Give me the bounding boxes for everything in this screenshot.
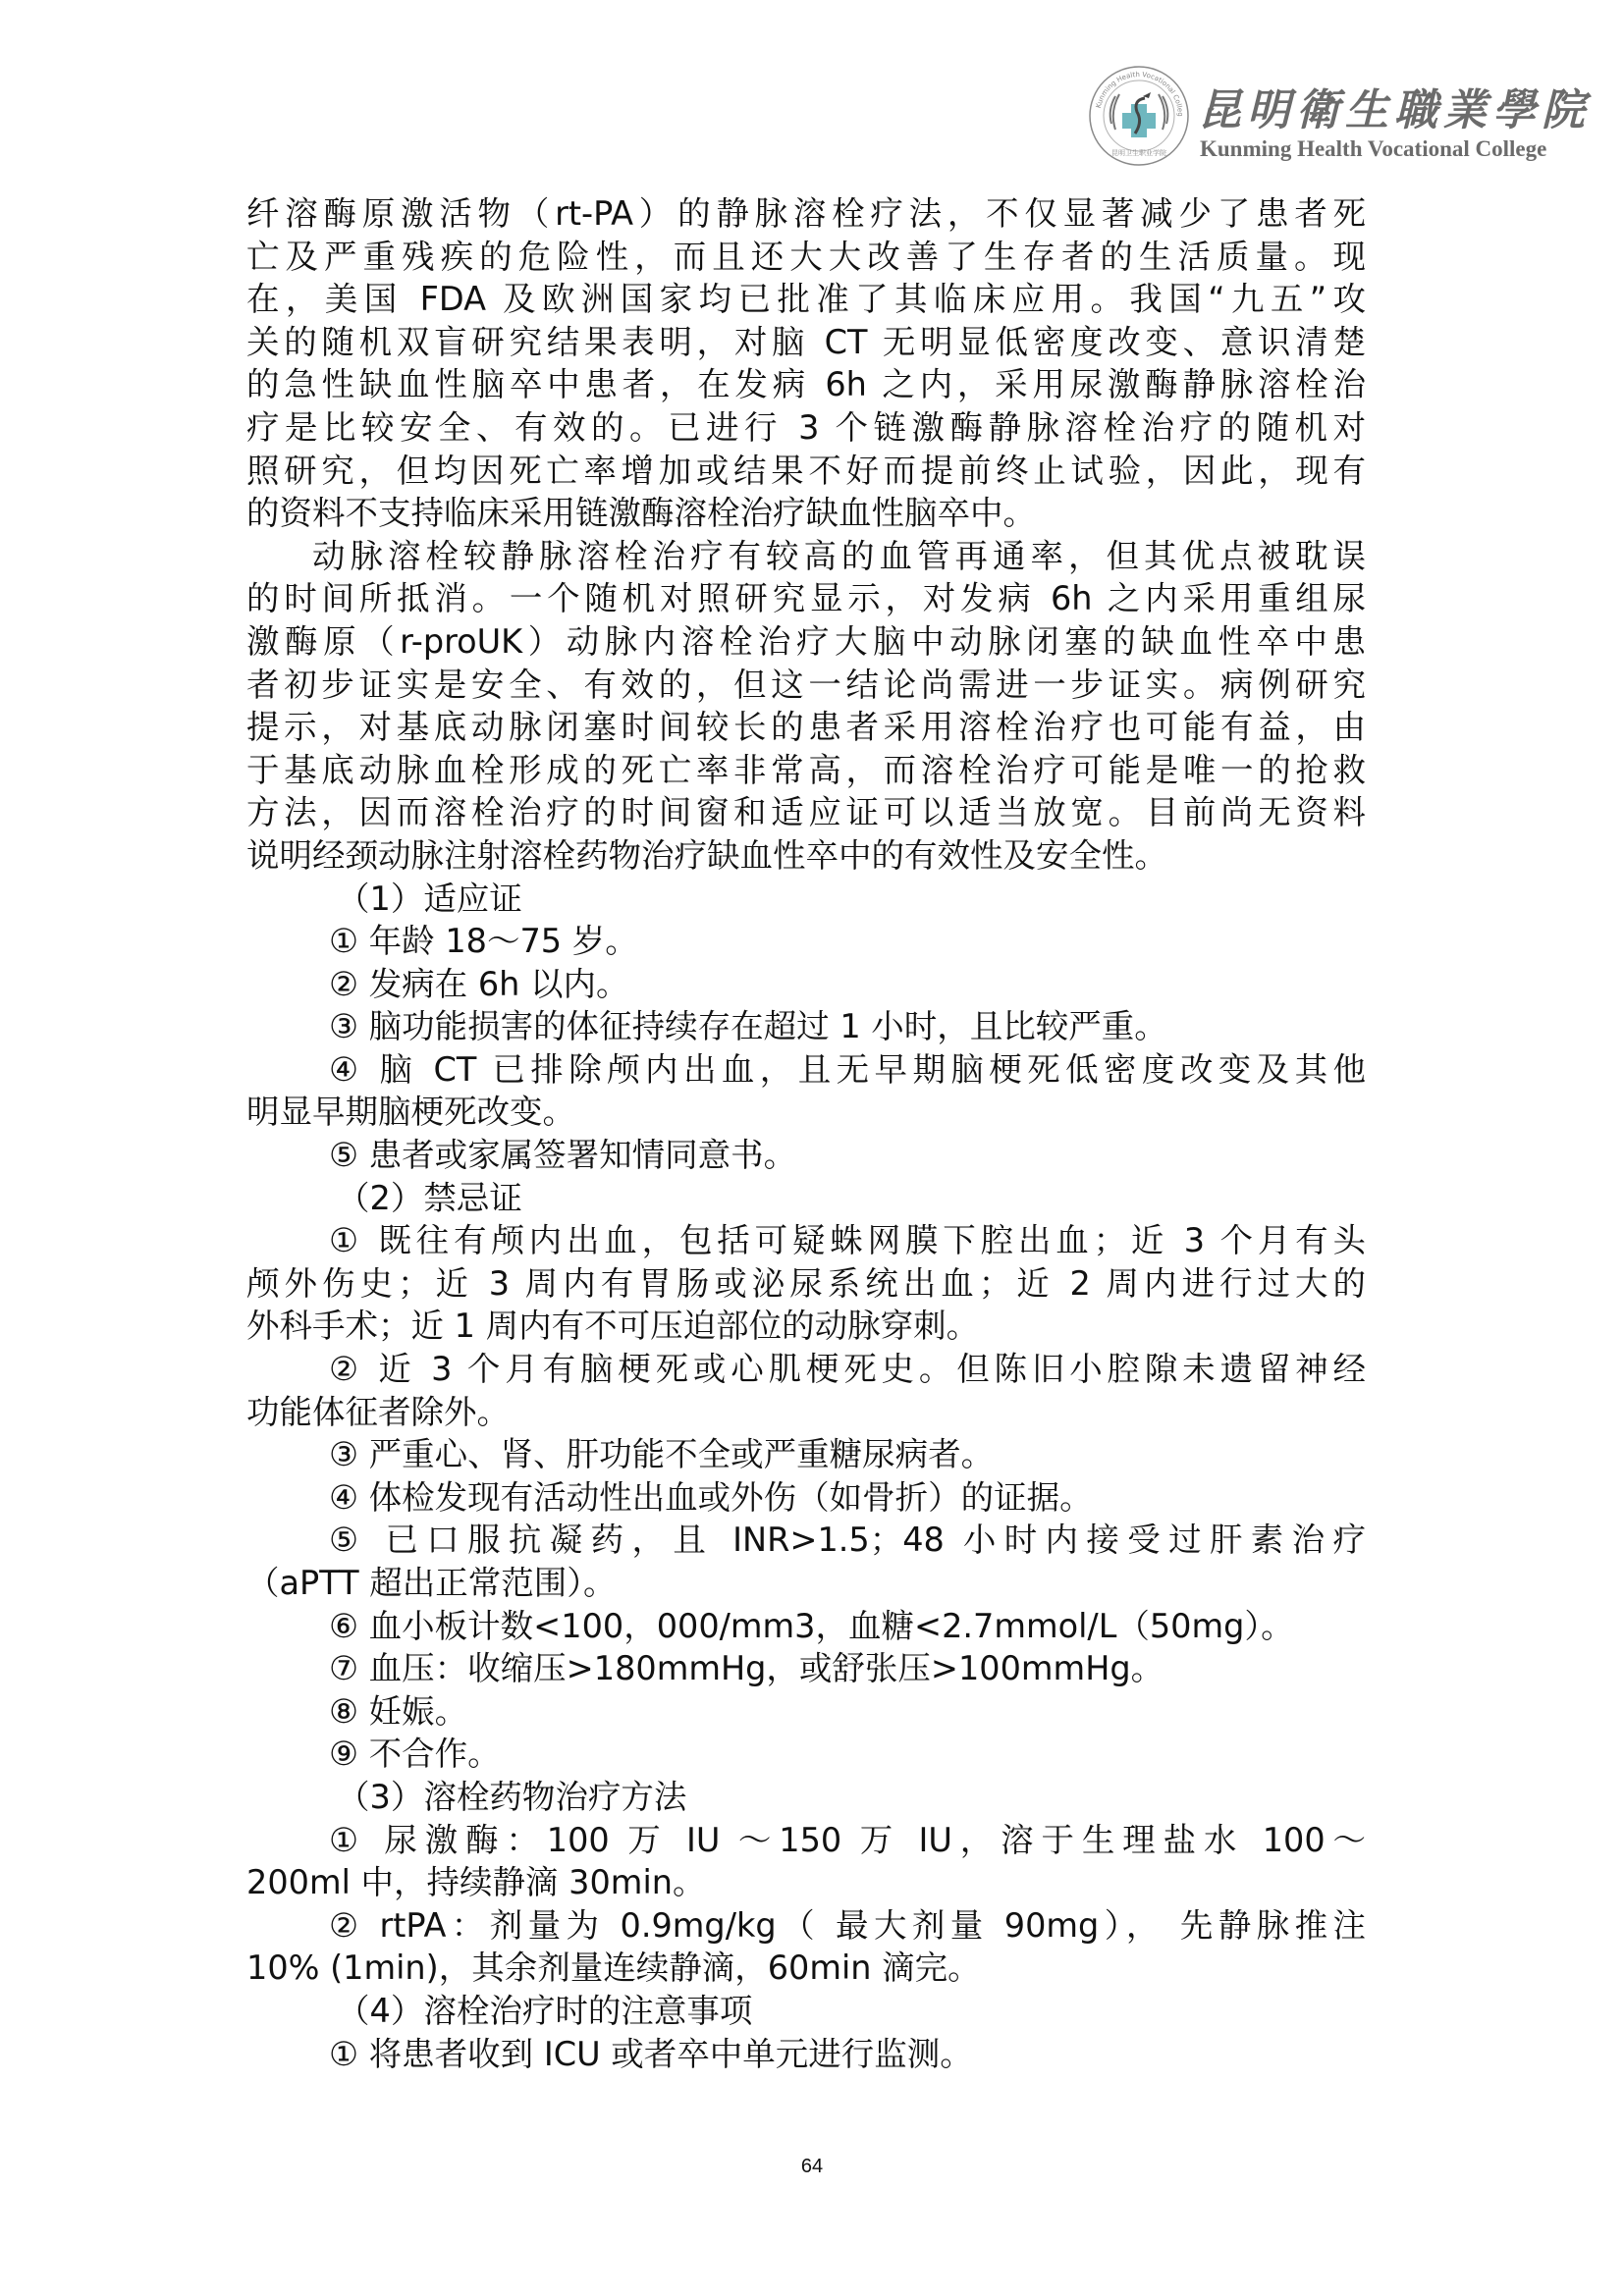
list-item: ⑤ 患者或家属签署知情同意书。 [246, 1134, 1366, 1177]
list-item: ① 年龄 18～75 岁。 [246, 920, 1366, 963]
college-name-chinese: 昆明衛生職業學院 [1198, 75, 1591, 137]
text-line: 的资料不支持临床采用链激酶溶栓治疗缺血性脑卒中。 [246, 492, 1366, 535]
section-heading-precautions: （4）溶栓治疗时的注意事项 [246, 1990, 1366, 2033]
text-line: 激酶原（r-proUK）动脉内溶栓治疗大脑中动脉闭塞的缺血性卒中患 [246, 620, 1366, 664]
text-line: 方法，因而溶栓治疗的时间窗和适应证可以适当放宽。目前尚无资料 [246, 791, 1366, 834]
text-line: 疗是比较安全、有效的。已进行 3 个链激酶静脉溶栓治疗的随机对 [246, 406, 1366, 450]
section-heading-indications: （1）适应证 [246, 878, 1366, 921]
college-name-english: Kunming Health Vocational College [1200, 136, 1546, 162]
body-text: 纤溶酶原激活物（rt-PA）的静脉溶栓疗法，不仅显著减少了患者死 亡及严重残疾的… [246, 192, 1366, 2075]
list-item-continuation: 功能体征者除外。 [246, 1391, 1366, 1434]
list-item: ④ 脑 CT 已排除颅内出血，且无早期脑梗死低密度改变及其他 [246, 1048, 1366, 1092]
list-item: ② rtPA：剂量为 0.9mg/kg（ 最大剂量 90mg）， 先静脉推注 [246, 1904, 1366, 1948]
text-line: 说明经颈动脉注射溶栓药物治疗缺血性卒中的有效性及安全性。 [246, 834, 1366, 878]
list-item: ① 尿激酶：100 万 IU ～150 万 IU，溶于生理盐水 100～ [246, 1819, 1366, 1862]
document-page: Kunming Health Vocational College 昆明卫生职业… [0, 0, 1624, 2296]
list-item: ④ 体检发现有活动性出血或外伤（如骨折）的证据。 [246, 1476, 1366, 1520]
text-line: 的急性缺血性脑卒中患者，在发病 6h 之内，采用尿激酶静脉溶栓治 [246, 363, 1366, 406]
list-item-continuation: 200ml 中，持续静滴 30min。 [246, 1861, 1366, 1904]
section-heading-contraindications: （2）禁忌证 [246, 1177, 1366, 1220]
list-item: ⑥ 血小板计数<100，000/mm3，血糖<2.7mmol/L（50mg）。 [246, 1605, 1366, 1648]
list-item: ⑦ 血压：收缩压>180mmHg，或舒张压>100mmHg。 [246, 1647, 1366, 1690]
text-line: 在，美国 FDA 及欧洲国家均已批准了其临床应用。我国“九五”攻 [246, 278, 1366, 321]
list-item: ③ 脑功能损害的体征持续存在超过 1 小时，且比较严重。 [246, 1005, 1366, 1048]
list-item: ② 发病在 6h 以内。 [246, 963, 1366, 1006]
text-line: 于基底动脉血栓形成的死亡率非常高，而溶栓治疗可能是唯一的抢救 [246, 749, 1366, 792]
list-item-continuation: （aPTT 超出正常范围）。 [246, 1562, 1366, 1605]
text-line: 的时间所抵消。一个随机对照研究显示，对发病 6h 之内采用重组尿 [246, 577, 1366, 620]
text-line: 关的随机双盲研究结果表明，对脑 CT 无明显低密度改变、意识清楚 [246, 321, 1366, 364]
list-item: ⑧ 妊娠。 [246, 1690, 1366, 1734]
college-emblem-icon: Kunming Health Vocational College 昆明卫生职业… [1088, 65, 1190, 167]
text-line: 者初步证实是安全、有效的，但这一结论尚需进一步证实。病例研究 [246, 664, 1366, 707]
list-item: ① 既往有颅内出血，包括可疑蛛网膜下腔出血；近 3 个月有头 [246, 1219, 1366, 1262]
list-item-continuation: 外科手术；近 1 周内有不可压迫部位的动脉穿刺。 [246, 1305, 1366, 1348]
list-item: ⑤ 已口服抗凝药，且 INR>1.5；48 小时内接受过肝素治疗 [246, 1519, 1366, 1562]
text-line: 动脉溶栓较静脉溶栓治疗有较高的血管再通率，但其优点被耽误 [246, 535, 1366, 578]
list-item: ① 将患者收到 ICU 或者卒中单元进行监测。 [246, 2033, 1366, 2076]
college-logo: Kunming Health Vocational College 昆明卫生职业… [1088, 65, 1559, 173]
page-number: 64 [0, 2156, 1624, 2178]
text-line: 提示，对基底动脉闭塞时间较长的患者采用溶栓治疗也可能有益，由 [246, 706, 1366, 749]
list-item-continuation: 明显早期脑梗死改变。 [246, 1091, 1366, 1134]
list-item-continuation: 颅外伤史；近 3 周内有胃肠或泌尿系统出血；近 2 周内进行过大的 [246, 1262, 1366, 1306]
text-line: 亡及严重残疾的危险性，而且还大大改善了生存者的生活质量。现 [246, 236, 1366, 279]
section-heading-treatment-method: （3）溶栓药物治疗方法 [246, 1776, 1366, 1819]
svg-text:昆明卫生职业学院: 昆明卫生职业学院 [1111, 148, 1166, 157]
list-item: ② 近 3 个月有脑梗死或心肌梗死史。但陈旧小腔隙未遗留神经 [246, 1348, 1366, 1391]
list-item: ③ 严重心、肾、肝功能不全或严重糖尿病者。 [246, 1433, 1366, 1476]
text-line: 纤溶酶原激活物（rt-PA）的静脉溶栓疗法，不仅显著减少了患者死 [246, 192, 1366, 236]
list-item-continuation: 10% (1min)，其余剂量连续静滴，60min 滴完。 [246, 1947, 1366, 1990]
list-item: ⑨ 不合作。 [246, 1733, 1366, 1776]
text-line: 照研究，但均因死亡率增加或结果不好而提前终止试验，因此，现有 [246, 450, 1366, 493]
